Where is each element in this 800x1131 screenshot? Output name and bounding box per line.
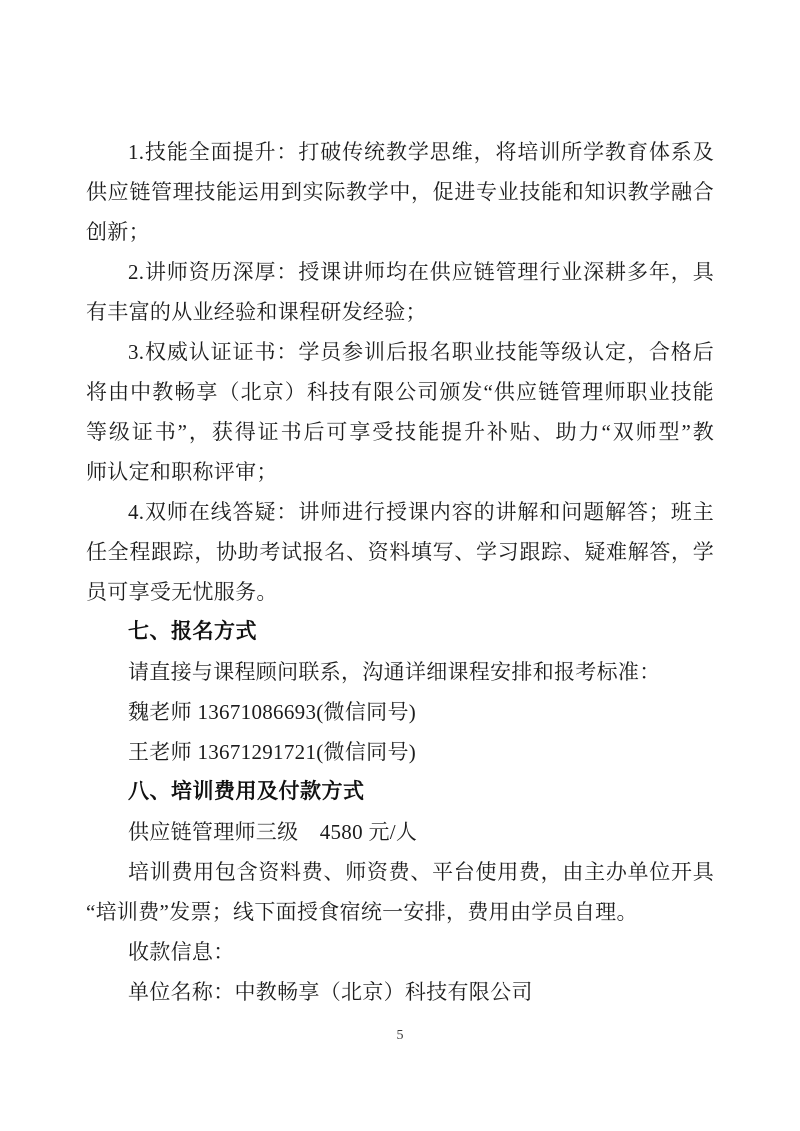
page-footer: 5 bbox=[0, 1026, 800, 1046]
text-line: 师认定和职称评审； bbox=[86, 452, 714, 492]
text-line: 供应链管理技能运用到实际教学中，促进专业技能和知识教学融合 bbox=[86, 172, 714, 212]
text-line: 创新； bbox=[86, 212, 714, 252]
text-line: “培训费”发票；线下面授食宿统一安排，费用由学员自理。 bbox=[86, 892, 714, 932]
text-line: 等级证书”，获得证书后可享受技能提升补贴、助力“双师型”教 bbox=[86, 412, 714, 452]
heading-registration-method: 七、报名方式 bbox=[86, 612, 714, 652]
text-line-lecturer-experience: 2.讲师资历深厚：授课讲师均在供应链管理行业深耕多年，具 bbox=[86, 252, 714, 292]
text-line: 有丰富的从业经验和课程研发经验； bbox=[86, 292, 714, 332]
text-line-contact-wei: 魏老师 13671086693(微信同号) bbox=[86, 692, 714, 732]
document-body: 1.技能全面提升：打破传统教学思维，将培训所学教育体系及 供应链管理技能运用到实… bbox=[86, 132, 714, 1012]
text-line-certificate: 3.权威认证证书：学员参训后报名职业技能等级认定，合格后 bbox=[86, 332, 714, 372]
text-line-contact-wang: 王老师 13671291721(微信同号) bbox=[86, 732, 714, 772]
page-number: 5 bbox=[397, 1028, 404, 1043]
document-page: 1.技能全面提升：打破传统教学思维，将培训所学教育体系及 供应链管理技能运用到实… bbox=[0, 0, 800, 1131]
text-line-fee-detail: 培训费用包含资料费、师资费、平台使用费，由主办单位开具 bbox=[86, 852, 714, 892]
text-line: 员可享受无忧服务。 bbox=[86, 572, 714, 612]
text-line-contact-intro: 请直接与课程顾问联系，沟通详细课程安排和报考标准： bbox=[86, 652, 714, 692]
text-line-payment-info-label: 收款信息： bbox=[86, 932, 714, 972]
text-line: 将由中教畅享（北京）科技有限公司颁发“供应链管理师职业技能 bbox=[86, 372, 714, 412]
text-line-skill-improvement: 1.技能全面提升：打破传统教学思维，将培训所学教育体系及 bbox=[86, 132, 714, 172]
heading-fee-and-payment: 八、培训费用及付款方式 bbox=[86, 772, 714, 812]
text-line-company-name: 单位名称：中教畅享（北京）科技有限公司 bbox=[86, 972, 714, 1012]
text-line-price: 供应链管理师三级 4580 元/人 bbox=[86, 812, 714, 852]
text-line: 任全程跟踪，协助考试报名、资料填写、学习跟踪、疑难解答，学 bbox=[86, 532, 714, 572]
text-line-online-qa: 4.双师在线答疑：讲师进行授课内容的讲解和问题解答；班主 bbox=[86, 492, 714, 532]
